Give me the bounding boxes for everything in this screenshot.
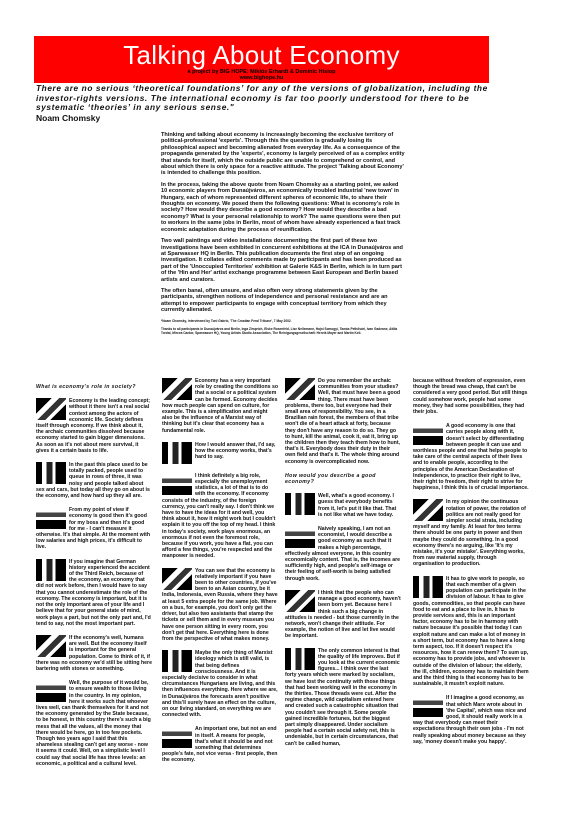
column-2: Economy has a very important role by cre… bbox=[162, 378, 278, 772]
intro-paragraph: In the process, taking the above quote f… bbox=[161, 182, 406, 233]
answer-block: How I would answer that, I'd say, how th… bbox=[162, 442, 278, 465]
intro-paragraph: The often banal, often unsure, and also … bbox=[161, 288, 406, 314]
answer-block: Naively speaking, I am not an economist,… bbox=[285, 526, 401, 582]
answer-block: It has to give work to people, so that e… bbox=[413, 576, 529, 688]
title-banner: Talking About Economy a project by BIG H… bbox=[34, 36, 489, 83]
answer-block: You can see that the economy is relative… bbox=[162, 568, 278, 642]
participant-photo-icon bbox=[162, 650, 192, 672]
answer-block: Economy is the leading concept; without … bbox=[36, 398, 152, 454]
answer-block: In the past this place used to be totall… bbox=[36, 462, 152, 499]
participant-photo-icon bbox=[285, 493, 315, 515]
participant-photo-icon bbox=[285, 526, 315, 548]
project-url[interactable]: www.bighope.hu bbox=[34, 75, 489, 81]
participant-photo-icon bbox=[36, 507, 66, 529]
participant-photo-icon bbox=[36, 680, 66, 702]
answer-block: If you imagine that German history exper… bbox=[36, 559, 152, 627]
answer-block: Economy has a very important role by cre… bbox=[162, 378, 278, 434]
participant-photo-icon bbox=[36, 462, 66, 484]
participant-photo-icon bbox=[36, 635, 66, 657]
answer-block: The only common interest is that the qua… bbox=[285, 648, 401, 747]
participant-photo-icon bbox=[36, 398, 66, 420]
intro-paragraph: Thinking and talking about economy is in… bbox=[161, 132, 406, 177]
participant-photo-icon bbox=[162, 473, 192, 495]
epigraph-quote: There are no serious ‘theoretical founda… bbox=[36, 84, 516, 113]
answer-continuation: because without freedom of expression, e… bbox=[413, 378, 529, 415]
answer-block: Do you remember the archaic communities … bbox=[285, 378, 401, 465]
participant-photo-icon bbox=[413, 499, 443, 521]
epigraph-author: Noam Chomsky bbox=[36, 113, 100, 123]
participant-photo-icon bbox=[285, 648, 315, 670]
question-heading: What is economy's role in society? bbox=[36, 384, 152, 390]
participant-photo-icon bbox=[162, 442, 192, 464]
column-3: Do you remember the archaic communities … bbox=[285, 378, 401, 755]
participant-photo-icon bbox=[413, 695, 443, 717]
answer-block: An important one, but not an end in itse… bbox=[162, 726, 278, 763]
answer-block: From my point of view if economy is good… bbox=[36, 507, 152, 550]
participant-photo-icon bbox=[162, 726, 192, 748]
answer-block: I think definitely a big role, especiall… bbox=[162, 473, 278, 560]
answer-block: In my opinion the continuous rotation of… bbox=[413, 499, 529, 567]
answer-block: Maybe the only thing of Marxist ideology… bbox=[162, 650, 278, 718]
participant-photo-icon bbox=[162, 378, 192, 400]
answer-block: If I imagine a good economy, as that whi… bbox=[413, 695, 529, 745]
column-1: What is economy's role in society? Econo… bbox=[36, 378, 152, 775]
intro-text: Thinking and talking about economy is in… bbox=[161, 132, 406, 339]
footnote: *Noam Chomsky, interviewed by Toni Gabri… bbox=[161, 319, 406, 323]
page-title: Talking About Economy bbox=[34, 36, 489, 69]
answer-block: Well, the purpose of it would be, to ens… bbox=[36, 680, 152, 767]
column-4: because without freedom of expression, e… bbox=[413, 378, 529, 753]
answer-block: If the economy's well, humans are well. … bbox=[36, 635, 152, 672]
participant-photo-icon bbox=[285, 378, 315, 400]
participant-photo-icon bbox=[162, 568, 192, 590]
participant-photo-icon bbox=[36, 559, 66, 581]
participant-photo-icon bbox=[285, 590, 315, 612]
intro-paragraph: Two wall paintings and video installatio… bbox=[161, 238, 406, 283]
answer-block: Well, what's a good economy. I guess tha… bbox=[285, 493, 401, 518]
question-heading: How would you describe a good economy? bbox=[285, 473, 401, 485]
answer-block: A good economy is one that carries peopl… bbox=[413, 423, 529, 491]
answer-block: I think that the people who can manage a… bbox=[285, 590, 401, 640]
acknowledgements: Thanks to all participants in Dunaújváro… bbox=[161, 327, 406, 335]
participant-photo-icon bbox=[413, 576, 443, 598]
participant-photo-icon bbox=[413, 423, 443, 445]
